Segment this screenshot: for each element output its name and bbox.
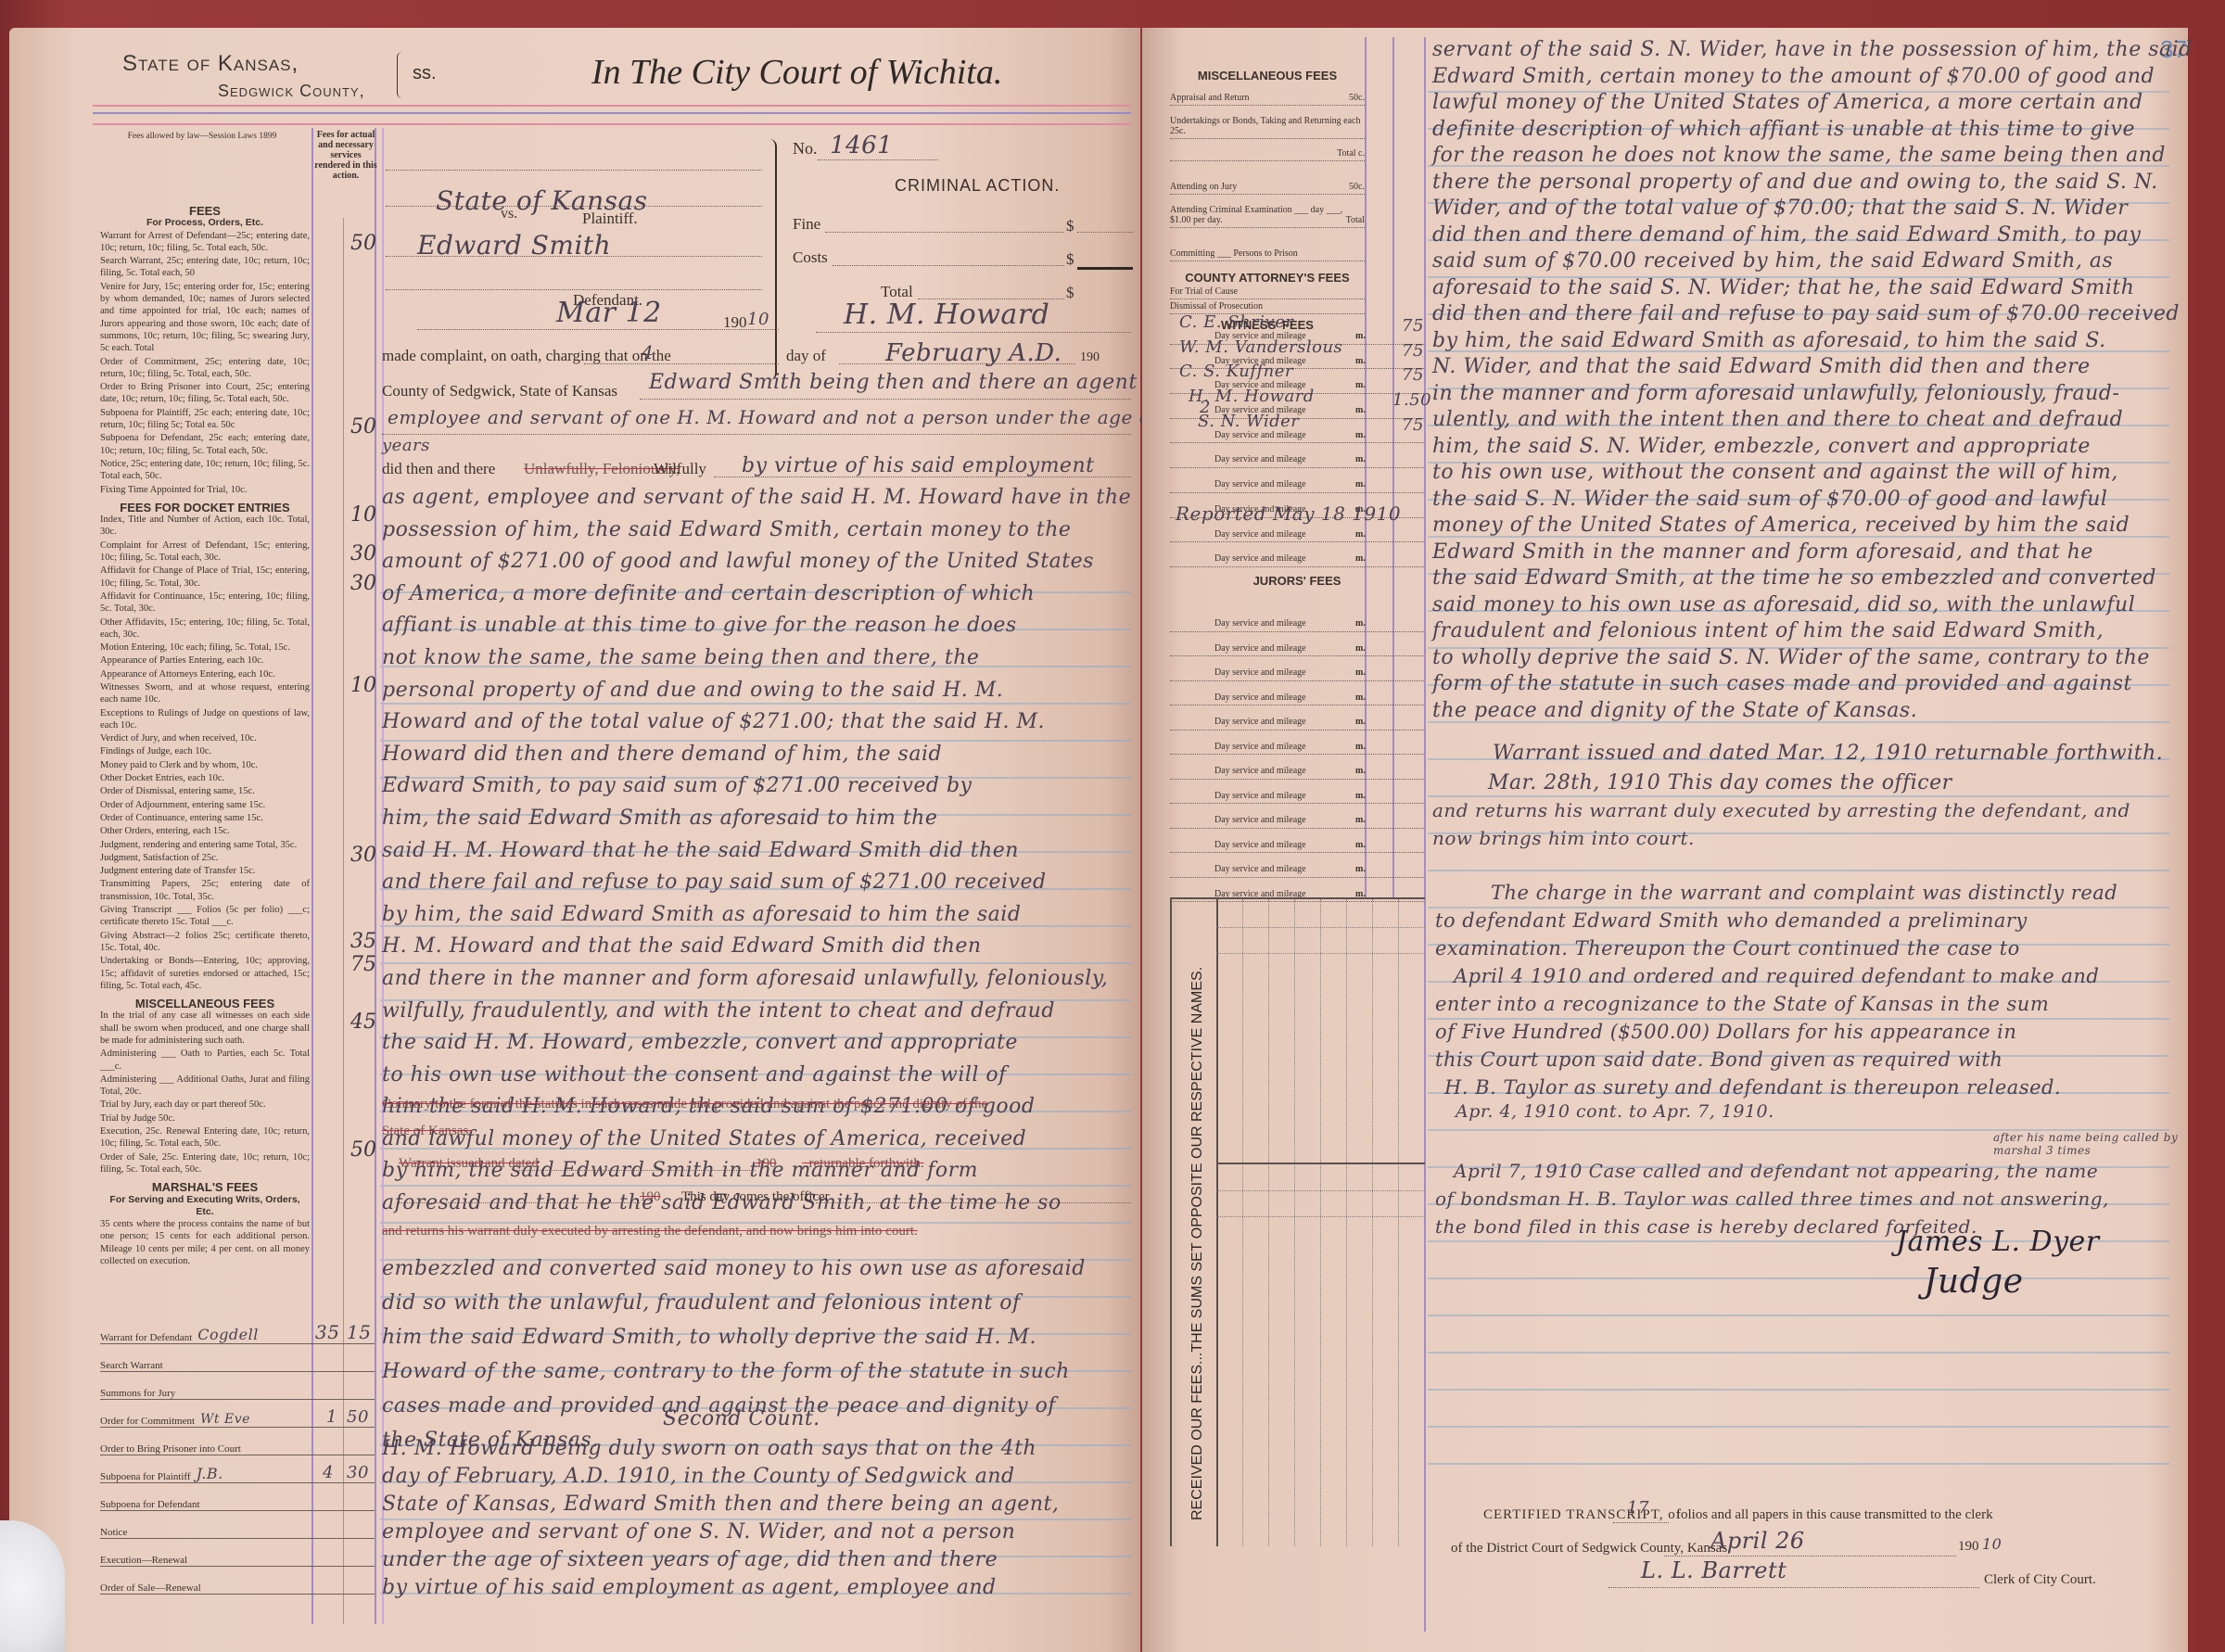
county-attorney-heading: COUNTY ATTORNEY'S FEES xyxy=(1170,271,1365,285)
hw-line: Wider, and of the total value of $70.00;… xyxy=(1432,196,2174,222)
fees-for-column-header: Fees for actual and necessary services r… xyxy=(313,130,378,181)
criminal-action-title: CRIMINAL ACTION. xyxy=(895,176,1060,196)
hw-line: H. B. Taylor as surety and defendant is … xyxy=(1435,1074,2177,1101)
fee-item: Order of Commitment, 25c; entering date,… xyxy=(100,356,310,381)
hw-line: and there in the manner and form aforesa… xyxy=(382,963,1124,996)
jurors-fees-heading: JURORS' FEES xyxy=(1170,567,1424,595)
fee-item: Trial by Jury, each day or part thereof … xyxy=(100,1099,310,1111)
second-count-title: Second Count. xyxy=(663,1407,820,1430)
complaint-intro: made complaint, on oath, charging that o… xyxy=(382,347,671,365)
marshal-row: Warrant for Defendant Cogdell 35 15 xyxy=(100,1316,375,1344)
mar28-entry-1: Mar. 28th, 1910 This day comes the offic… xyxy=(1488,771,1952,794)
court-title: In The City Court of Wichita. xyxy=(591,52,1002,93)
hw-line: as agent, employee and servant of the sa… xyxy=(382,482,1124,515)
case-number: 1461 xyxy=(830,132,893,159)
hw-line: wilfully, fraudulently, and with the int… xyxy=(382,996,1124,1028)
hw-line: to defendant Edward Smith who demanded a… xyxy=(1435,907,2177,934)
continuance-entry: Apr. 4, 1910 cont. to Apr. 7, 1910. xyxy=(1456,1101,1774,1122)
fee-item: Administering ___ Oath to Parties, each … xyxy=(100,1048,310,1073)
fee-amount: 35 xyxy=(350,930,376,953)
header-rule xyxy=(93,105,1131,125)
fee-item: Appearance of Attorneys Entering, each 1… xyxy=(100,668,310,680)
hw-line: said money to his own use as aforesaid, … xyxy=(1432,592,2174,619)
juror-row: Day service and mileagem. xyxy=(1170,681,1424,706)
marshal-row: Notice xyxy=(100,1511,375,1539)
vs-label: vs. xyxy=(501,206,517,222)
hw-line: the peace and dignity of the State of Ka… xyxy=(1432,698,2174,725)
fee-item: Index, Title and Number of Action, each … xyxy=(100,514,310,539)
ca-row: For Trial of Cause xyxy=(1170,285,1365,299)
hw-line: enter into a recognizance to the State o… xyxy=(1435,990,2177,1018)
fee-item: Witnesses Sworn, and at whose request, e… xyxy=(100,681,310,706)
marshal-row: Summons for Jury xyxy=(100,1372,375,1400)
district-court-label: of the District Court of Sedgwick County… xyxy=(1451,1541,1731,1557)
did-then-label: did then and there xyxy=(382,460,495,478)
hw-line: in the manner and form aforesaid unlawfu… xyxy=(1432,381,2174,408)
fee-amount: 50 xyxy=(350,1138,376,1162)
did-then-dots xyxy=(714,477,1131,477)
left-body-line2: employee and servant of one H. M. Howard… xyxy=(388,406,1235,428)
hw-line: him, the said S. N. Wider, embezzle, con… xyxy=(1432,434,2174,461)
juror-row: Day service and mileagem. xyxy=(1170,632,1424,657)
witness-row: Day service and mileagem. xyxy=(1170,443,1424,468)
grid-divider xyxy=(1216,899,1218,1546)
warrant-issued-entry: Warrant issued and dated Mar. 12, 1910 r… xyxy=(1493,742,2163,765)
plaintiff-label: Plaintiff. xyxy=(582,210,638,228)
fee-item: Other Orders, entering, each 15c. xyxy=(100,825,310,837)
officer-date-line xyxy=(399,1202,640,1203)
witness-rows: C. E. Shriver Day service and mileage m.… xyxy=(1170,320,1424,595)
cert-year-hand: 10 xyxy=(1982,1535,2002,1553)
hw-line: definite description of which affiant is… xyxy=(1432,117,2174,144)
witness-row: Day service and mileagem. xyxy=(1170,542,1424,567)
juror-row: Day service and mileagem. xyxy=(1170,755,1424,780)
juror-row: Day service and mileagem. xyxy=(1170,853,1424,878)
marshal-note: 35 cents where the process contains the … xyxy=(100,1218,310,1267)
marshal-items: Warrant for Defendant Cogdell 35 15 Sear… xyxy=(100,1316,375,1595)
hw-line: him the said Edward Smith, to wholly dep… xyxy=(382,1320,1124,1354)
witness-row: S. N. Wider Day service and mileage m. 7… xyxy=(1170,419,1424,444)
witness-row: Day service and mileagem. xyxy=(1170,518,1424,543)
hw-line: of bondsman H. B. Taylor was called thre… xyxy=(1435,1185,2177,1213)
hw-line: April 4 1910 and ordered and required de… xyxy=(1435,962,2177,990)
hw-line: money of the United States of America, r… xyxy=(1432,513,2174,540)
hw-line: embezzled and converted said money to hi… xyxy=(382,1252,1124,1286)
fee-schedule: FEES For Process, Orders, Etc. Warrant f… xyxy=(100,199,310,1268)
grid-col xyxy=(1242,899,1243,1546)
hw-line: to his own use, without the consent and … xyxy=(1432,460,2174,487)
fees-law-note: Fees allowed by law—Session Laws 1899 xyxy=(100,132,304,141)
costs-line xyxy=(833,265,1064,266)
struck-returnable: , returnable forthwith. xyxy=(802,1156,924,1172)
complainant-name: H. M. Howard xyxy=(844,299,1049,331)
hw-line: Howard and of the total value of $271.00… xyxy=(382,706,1124,739)
fee-item: Order of Sale, 25c. Entering date, 10c; … xyxy=(100,1151,310,1176)
grid-col xyxy=(1268,899,1269,1546)
marshal-row: Order to Bring Prisoner into Court xyxy=(100,1428,375,1455)
fee-item: Giving Transcript ___ Folios (5c per fol… xyxy=(100,904,310,929)
judge-signature: James L. Dyer xyxy=(1896,1226,2100,1258)
fee-amount: 45 xyxy=(350,1010,376,1034)
mar28-entry-2: and returns his warrant duly executed by… xyxy=(1432,799,2130,821)
fee-item: Order of Dismissal, entering same, 15c. xyxy=(100,785,310,797)
clerk-line xyxy=(1608,1587,1979,1588)
receipt-grid xyxy=(1170,897,1425,1546)
hw-line: N. Wider, and that the said Edward Smith… xyxy=(1432,354,2174,381)
misc-row: Committing ___ Persons to Prison xyxy=(1170,228,1365,261)
column-rule xyxy=(375,128,376,1624)
cert-year-prefix: 190 xyxy=(1958,1539,1979,1555)
hw-line: lawful money of the United States of Ame… xyxy=(1432,90,2174,117)
misc-fees-heading: MISCELLANEOUS FEES xyxy=(100,998,310,1010)
right-misc-fees-heading: MISCELLANEOUS FEES xyxy=(1170,69,1365,83)
hw-line: there the personal property of and due a… xyxy=(1432,170,2174,197)
juror-row: Day service and mileagem. xyxy=(1170,829,1424,854)
fee-item: Findings of Judge, each 10c. xyxy=(100,745,310,757)
marshal-row: Execution—Renewal xyxy=(100,1539,375,1567)
county-line-label: County of Sedgwick, State of Kansas xyxy=(382,382,617,400)
hw-line: April 7, 1910 Case called and defendant … xyxy=(1435,1157,2177,1185)
fee-item: Judgment, rendering and entering same To… xyxy=(100,839,310,851)
case-number-line xyxy=(818,159,938,160)
hw-line: H. M. Howard being duly sworn on oath sa… xyxy=(382,1435,1124,1463)
judge-title: Judge xyxy=(1924,1263,2024,1301)
fee-item: Judgment entering date of Transfer 15c. xyxy=(100,865,310,877)
fee-item: Fixing Time Appointed for Trial, 10c. xyxy=(100,484,310,496)
left-body-line3: years xyxy=(382,436,430,455)
fee-item: Affidavit for Change of Place of Trial, … xyxy=(100,565,310,590)
clerk-title: Clerk of City Court. xyxy=(1984,1572,2096,1588)
fee-item: Search Warrant, 25c; entering date, 10c;… xyxy=(100,255,310,280)
witness-row: Day service and mileagem. Reported May 1… xyxy=(1170,493,1424,518)
fee-item: Verdict of Jury, and when received, 10c. xyxy=(100,732,310,744)
certified-transcript-label: CERTIFIED TRANSCRIPT, of xyxy=(1483,1507,1682,1523)
folios-line xyxy=(1613,1522,1669,1523)
misc-row: Undertakings or Bonds, Taking and Return… xyxy=(1170,106,1365,139)
fee-item: Judgment, Satisfaction of 25c. xyxy=(100,852,310,864)
hw-line: not know the same, the same being then a… xyxy=(382,642,1124,675)
juror-row: Day service and mileagem. xyxy=(1170,607,1424,632)
marshal-row: Subpoena for Plaintiff J.B. 4 30 xyxy=(100,1455,375,1483)
hw-line: fraudulent and felonious intent of him t… xyxy=(1432,618,2174,645)
year-prefix: 190 xyxy=(723,313,747,332)
hw-line: of Five Hundred ($500.00) Dollars for hi… xyxy=(1435,1018,2177,1046)
fee-item: Other Docket Entries, each 10c. xyxy=(100,772,310,784)
hw-line: H. M. Howard and that the said Edward Sm… xyxy=(382,931,1124,963)
juror-row: Day service and mileagem. xyxy=(1170,656,1424,681)
fee-item: Complaint for Arrest of Defendant, 15c; … xyxy=(100,540,310,565)
fee-amount: 30 xyxy=(350,542,376,565)
marshal-row: Search Warrant xyxy=(100,1344,375,1372)
juror-row: Day service and mileagem. xyxy=(1170,780,1424,805)
hw-line: State of Kansas, Edward Smith then and t… xyxy=(382,1491,1124,1519)
misc-row: Attending Criminal Examination ___ day _… xyxy=(1170,195,1365,228)
fee-amount: 30 xyxy=(350,844,376,867)
forfeit-insert: after his name being called by marshal 3… xyxy=(1993,1131,2179,1157)
clerk-signature: L. L. Barrett xyxy=(1641,1557,1786,1583)
month-line xyxy=(839,363,1075,364)
misc-row: Appraisal and Return50c. xyxy=(1170,83,1365,106)
hw-line: Edward Smith, to pay said sum of $271.00… xyxy=(382,770,1124,803)
hw-line: personal property of and due and owing t… xyxy=(382,675,1124,707)
hw-line: amount of $271.00 of good and lawful mon… xyxy=(382,546,1124,578)
fee-item: Subpoena for Defendant, 25c each; enteri… xyxy=(100,432,310,457)
hw-line: and lawful money of the United States of… xyxy=(382,1124,1124,1156)
officer-line xyxy=(816,1202,1131,1203)
juror-row: Day service and mileagem. xyxy=(1170,804,1424,829)
costs-label: Costs xyxy=(793,248,828,267)
ss-mark: ss. xyxy=(413,63,437,84)
misc-row: Total c. xyxy=(1170,139,1365,162)
fine-line xyxy=(825,232,1064,233)
fee-item: Other Affidavits, 15c; entering, 10c; fi… xyxy=(100,616,310,642)
grid-row xyxy=(1216,1216,1425,1217)
hw-line: Edward Smith, certain money to the amoun… xyxy=(1432,64,2174,91)
left-body-line4: by virtue of his said employment xyxy=(742,454,1094,477)
day-line xyxy=(584,363,779,364)
cert-date-line xyxy=(1664,1556,1956,1557)
right-handwritten-body: servant of the said S. N. Wider, have in… xyxy=(1432,37,2174,724)
struck-state-line: State of Kansas. xyxy=(382,1124,472,1139)
complaint-date: Mar 12 xyxy=(556,297,662,329)
state-of-kansas-heading: State of Kansas, xyxy=(122,51,299,77)
day-of-label: day of xyxy=(786,347,826,365)
hw-line: day of February, A.D. 1910, in the Count… xyxy=(382,1463,1124,1491)
marshal-fees-heading: MARSHAL'S FEES xyxy=(100,1181,310,1193)
fee-item: Order of Adjournment, entering same 15c. xyxy=(100,799,310,811)
hw-line: said H. M. Howard that he the said Edwar… xyxy=(382,835,1124,868)
defendant-line-2 xyxy=(386,289,762,290)
cert-date: April 26 xyxy=(1710,1528,1805,1554)
line2-dots xyxy=(382,434,1131,435)
fee-amount: 50 xyxy=(350,232,376,255)
certified-rest: folios and all papers in this cause tran… xyxy=(1676,1507,1993,1523)
hw-line: aforesaid to the said S. N. Wider; that … xyxy=(1432,275,2174,302)
marshal-row: Order for Commitment Wt Eve 1 50 xyxy=(100,1400,375,1428)
hw-line: ulently, and with the intent then and th… xyxy=(1432,407,2174,434)
hw-line: by virtue of his said employment as agen… xyxy=(382,1574,1124,1602)
fee-item: Appearance of Parties Entering, each 10c… xyxy=(100,654,310,667)
struck-year-2: 190 xyxy=(640,1189,661,1205)
charge-entry: The charge in the warrant and complaint … xyxy=(1435,879,2177,1101)
marshal-row: Order of Sale—Renewal xyxy=(100,1567,375,1595)
juror-rows: Day service and mileagem. Day service an… xyxy=(1170,607,1424,902)
hw-line: form of the statute in such cases made a… xyxy=(1432,671,2174,698)
hw-line: this Court upon said date. Bond given as… xyxy=(1435,1046,2177,1074)
fee-item: Order to Bring Prisoner into Court, 25c;… xyxy=(100,381,310,406)
hw-line: to his own use without the consent and a… xyxy=(382,1060,1124,1092)
grid-col xyxy=(1346,899,1347,1546)
fee-item: Notice, 25c; entering date, 10c; return,… xyxy=(100,458,310,483)
warrant-date-line xyxy=(515,1170,756,1171)
hw-line: by him, the said Edward Smith as aforesa… xyxy=(382,899,1124,932)
fees-subheading: For Process, Orders, Etc. xyxy=(100,217,310,229)
grid-row xyxy=(1216,1190,1425,1191)
fee-item: Venire for Jury, 15c; entering order for… xyxy=(100,281,310,355)
month-year-prefix: 190 xyxy=(1080,350,1100,365)
costs-underline xyxy=(1077,267,1133,270)
fee-item: Undertaking or Bonds—Entering, 10c; appr… xyxy=(100,955,310,992)
hw-line: and there fail and refuse to pay said su… xyxy=(382,867,1124,899)
hw-line: The charge in the warrant and complaint … xyxy=(1435,879,2177,907)
fee-amount: 75 xyxy=(350,953,376,976)
fee-amount: 10 xyxy=(350,674,376,697)
complainant-line xyxy=(816,332,1131,333)
fine-label: Fine xyxy=(793,215,820,234)
hw-line: examination. Thereupon the Court continu… xyxy=(1435,934,2177,962)
hw-line: by him, the said Edward Smith as aforesa… xyxy=(1432,328,2174,355)
hw-line: Edward Smith in the manner and form afor… xyxy=(1432,540,2174,566)
hw-line: employee and servant of one S. N. Wider,… xyxy=(382,1519,1124,1546)
fine-amount-line xyxy=(1077,232,1133,233)
case-number-label: No. xyxy=(793,139,818,159)
docket-fees-heading: FEES FOR DOCKET ENTRIES xyxy=(100,502,310,514)
case-bracket xyxy=(769,139,777,380)
plaintiff-line-1 xyxy=(386,170,762,171)
hw-line: servant of the said S. N. Wider, have in… xyxy=(1432,37,2174,64)
this-day-comes: This day comes the officer xyxy=(681,1189,830,1205)
fee-item: Motion Entering, 10c each; filing, 5c. T… xyxy=(100,642,310,654)
fee-item: Money paid to Clerk and by whom, 10c. xyxy=(100,759,310,771)
costs-currency: $ xyxy=(1066,250,1074,269)
year-hand: 10 xyxy=(747,310,769,329)
marshal-row: Subpoena for Defendant xyxy=(100,1483,375,1511)
fee-item: Affidavit for Continuance, 15c; entering… xyxy=(100,591,310,616)
fee-item: Order of Continuance, entering same 15c. xyxy=(100,812,310,824)
brace xyxy=(397,52,406,98)
fee-item: Trial by Judge 50c. xyxy=(100,1112,310,1125)
complaint-day: 4 xyxy=(642,341,654,363)
received-fees-vertical-label: RECEIVED OUR FEES...THE SUMS SET OPPOSIT… xyxy=(1189,967,1206,1520)
fee-item: In the trial of any case all witnesses o… xyxy=(100,1010,310,1047)
misc-row: Attending on Jury50c. xyxy=(1170,161,1365,195)
grid-row xyxy=(1216,1163,1425,1164)
fee-amount: 50 xyxy=(350,415,376,438)
grid-row xyxy=(1216,953,1425,954)
hw-line: him, the said Edward Smith as aforesaid … xyxy=(382,803,1124,835)
total-currency: $ xyxy=(1066,284,1074,302)
struck-returns-line: and returns his warrant duly executed by… xyxy=(382,1224,918,1239)
left-handwritten-body-c: H. M. Howard being duly sworn on oath sa… xyxy=(382,1435,1124,1602)
fees-heading: FEES xyxy=(100,205,310,217)
grid-col xyxy=(1398,899,1399,1546)
sedgwick-county-heading: Sedgwick County, xyxy=(218,82,365,101)
fee-item: Giving Abstract—2 folios 25c; certificat… xyxy=(100,930,310,955)
fee-item: Exceptions to Rulings of Judge on questi… xyxy=(100,707,310,732)
right-fee-column: MISCELLANEOUS FEES Appraisal and Return5… xyxy=(1170,65,1365,332)
hw-line: did so with the unlawful, fraudulent and… xyxy=(382,1286,1124,1320)
juror-row: Day service and mileagem. xyxy=(1170,731,1424,756)
fee-item: Subpoena for Plaintiff, 25c each; enteri… xyxy=(100,407,310,432)
fee-item: Administering ___ Additional Oaths, Jura… xyxy=(100,1074,310,1099)
struck-year: 190 xyxy=(756,1156,777,1172)
plaintiff-line-2 xyxy=(386,206,762,207)
hw-line: to wholly deprive the said S. N. Wider o… xyxy=(1432,645,2174,672)
defendant-line-1 xyxy=(386,256,762,257)
fee-amount: 30 xyxy=(350,572,376,595)
grid-col xyxy=(1372,899,1373,1546)
hw-line: for the reason he does not know the same… xyxy=(1432,143,2174,170)
grid-col xyxy=(1320,899,1321,1546)
hw-line: affiant is unable at this time to give f… xyxy=(382,610,1124,642)
county-line xyxy=(640,399,1131,400)
struck-contrary-line: Contrary to the form of the statutes in … xyxy=(382,1097,987,1112)
hw-line: did then and there demand of him, the sa… xyxy=(1432,222,2174,249)
fine-currency: $ xyxy=(1066,217,1074,235)
mar28-entry-3: now brings him into court. xyxy=(1432,827,1695,849)
hw-line: the said Edward Smith, at the time he so… xyxy=(1432,565,2174,592)
hw-line: of America, a more definite and certain … xyxy=(382,578,1124,611)
hw-line: under the age of sixteen years of age, d… xyxy=(382,1546,1124,1574)
fee-item: Execution, 25c. Renewal Entering date, 1… xyxy=(100,1125,310,1150)
juror-row: Day service and mileagem. xyxy=(1170,705,1424,731)
grid-row xyxy=(1216,927,1425,928)
hw-line: the said S. N. Wider the said sum of $70… xyxy=(1432,487,2174,514)
hw-line: possession of him, the said Edward Smith… xyxy=(382,515,1124,547)
marshal-subheading: For Serving and Executing Writs, Orders,… xyxy=(100,1194,310,1219)
folios-count: 17 xyxy=(1627,1498,1649,1518)
fee-item: Transmitting Papers, 25c; entering date … xyxy=(100,878,310,903)
grid-col xyxy=(1294,899,1295,1546)
hw-line: said sum of $70.00 received by him, the … xyxy=(1432,248,2174,275)
fee-item: Warrant for Arrest of Defendant—25c; ent… xyxy=(100,230,310,255)
hw-line: Howard did then and there demand of him,… xyxy=(382,739,1124,771)
hw-line: Howard of the same, contrary to the form… xyxy=(382,1354,1124,1389)
hw-line: did then and there fail and refuse to pa… xyxy=(1432,301,2174,328)
wilfully-label: Wilfully xyxy=(654,460,706,478)
fee-amount: 10 xyxy=(350,503,376,527)
witness-row: Day service and mileagem. xyxy=(1170,468,1424,493)
hw-line: the said H. M. Howard, embezzle, convert… xyxy=(382,1027,1124,1060)
left-body-line1: Edward Smith being then and there an age… xyxy=(649,371,1138,394)
